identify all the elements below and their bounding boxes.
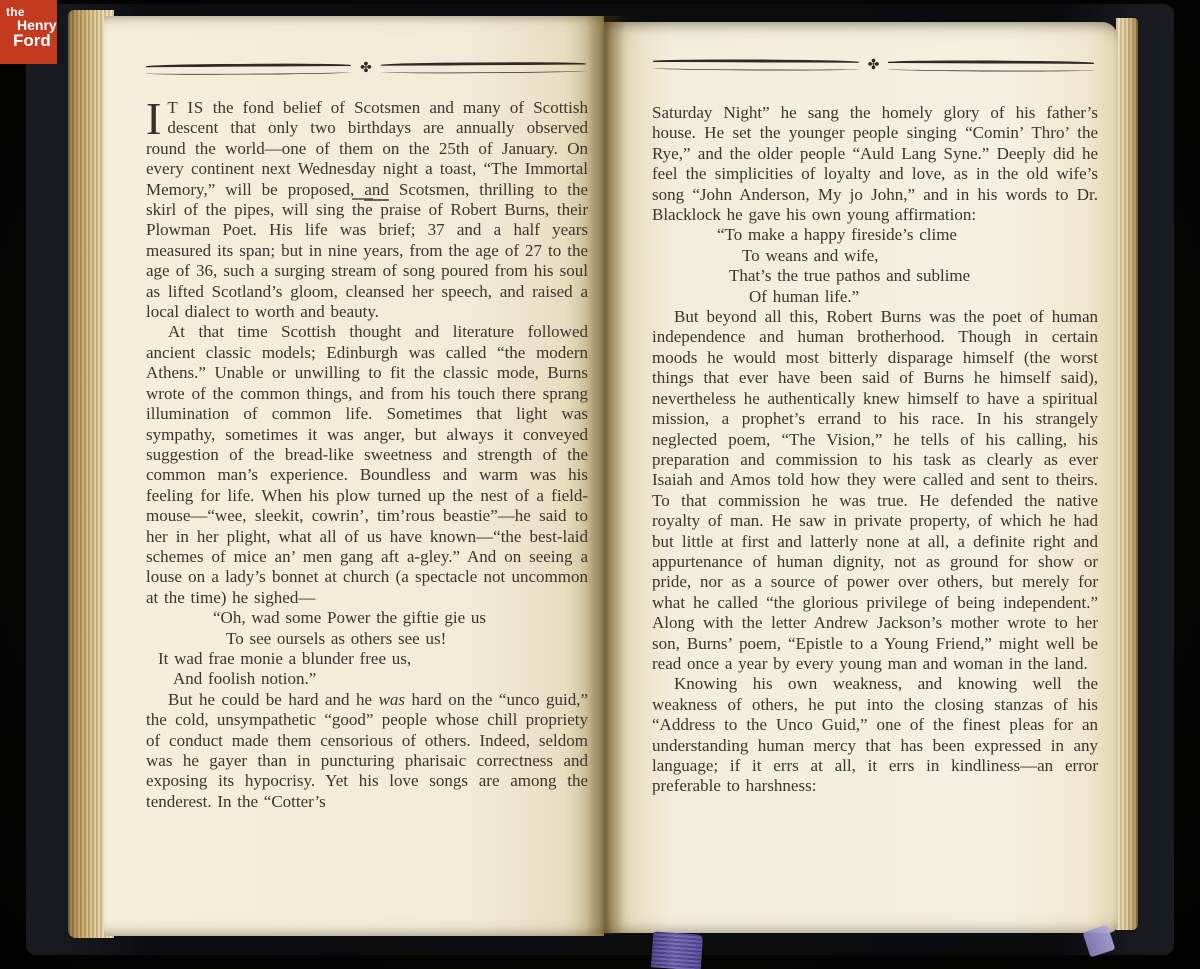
paragraph: Saturday Night” he sang the homely glory… [652,103,1098,225]
rule-line [381,61,586,73]
lead-caps: T IS [167,98,203,117]
paragraph: But he could be hard and he was hard on … [146,690,588,812]
henry-ford-logo: the Henry Ford [0,0,57,64]
fleuron-ornament-icon: ✤ [859,58,889,72]
text-segment: Knowing his own weakness, and knowing we… [652,674,1098,795]
logo-text-ford: Ford [13,31,51,51]
text-segment: But he could be hard and he [168,690,379,709]
rule-line [653,59,859,71]
left-header-rule: ✤ [146,60,586,77]
right-page-edges [1116,18,1138,930]
rule-line [888,60,1094,72]
rule-line [146,63,351,75]
right-header-rule: ✤ [653,57,1094,73]
verse-line: It wad frae monie a blunder free us, [158,649,588,669]
verse-line: And foolish notion.” [173,669,588,689]
text-segment: At that time Scottish thought and litera… [146,322,588,606]
ribbon-bookmark [651,931,703,969]
right-page-text: Saturday Night” he sang the homely glory… [652,103,1098,797]
verse-line: “Oh, wad some Power the giftie gie us [213,608,588,628]
verse-line: “To make a happy fireside’s clime [717,225,1098,245]
verse-line: Of human life.” [749,287,1098,307]
text-segment: Saturday Night” he sang the homely glory… [652,103,1098,224]
verse-quotation: “Oh, wad some Power the giftie gie usTo … [146,608,588,690]
verse-line: That’s the true pathos and sublime [729,266,1098,286]
book-photograph: ✤ ✤ IT IS the fond belief of Scotsmen an… [0,0,1200,969]
text-segment: the [352,200,373,219]
left-page-text: IT IS the fond belief of Scotsmen and ma… [146,98,588,812]
verse-quotation: “To make a happy fireside’s climeTo wean… [652,225,1098,307]
text-segment: But beyond all this, Robert Burns was th… [652,307,1098,673]
text-segment: was [379,690,405,709]
drop-cap: I [146,98,167,136]
paragraph: IT IS the fond belief of Scotsmen and ma… [146,98,588,322]
paragraph: Knowing his own weakness, and knowing we… [652,674,1098,796]
verse-line: To weans and wife, [742,246,1098,266]
paragraph: At that time Scottish thought and litera… [146,322,588,608]
text-segment: and [364,180,389,199]
verse-line: To see oursels as others see us! [226,629,588,649]
fleuron-ornament-icon: ✤ [351,61,381,75]
paragraph: But beyond all this, Robert Burns was th… [652,307,1098,674]
